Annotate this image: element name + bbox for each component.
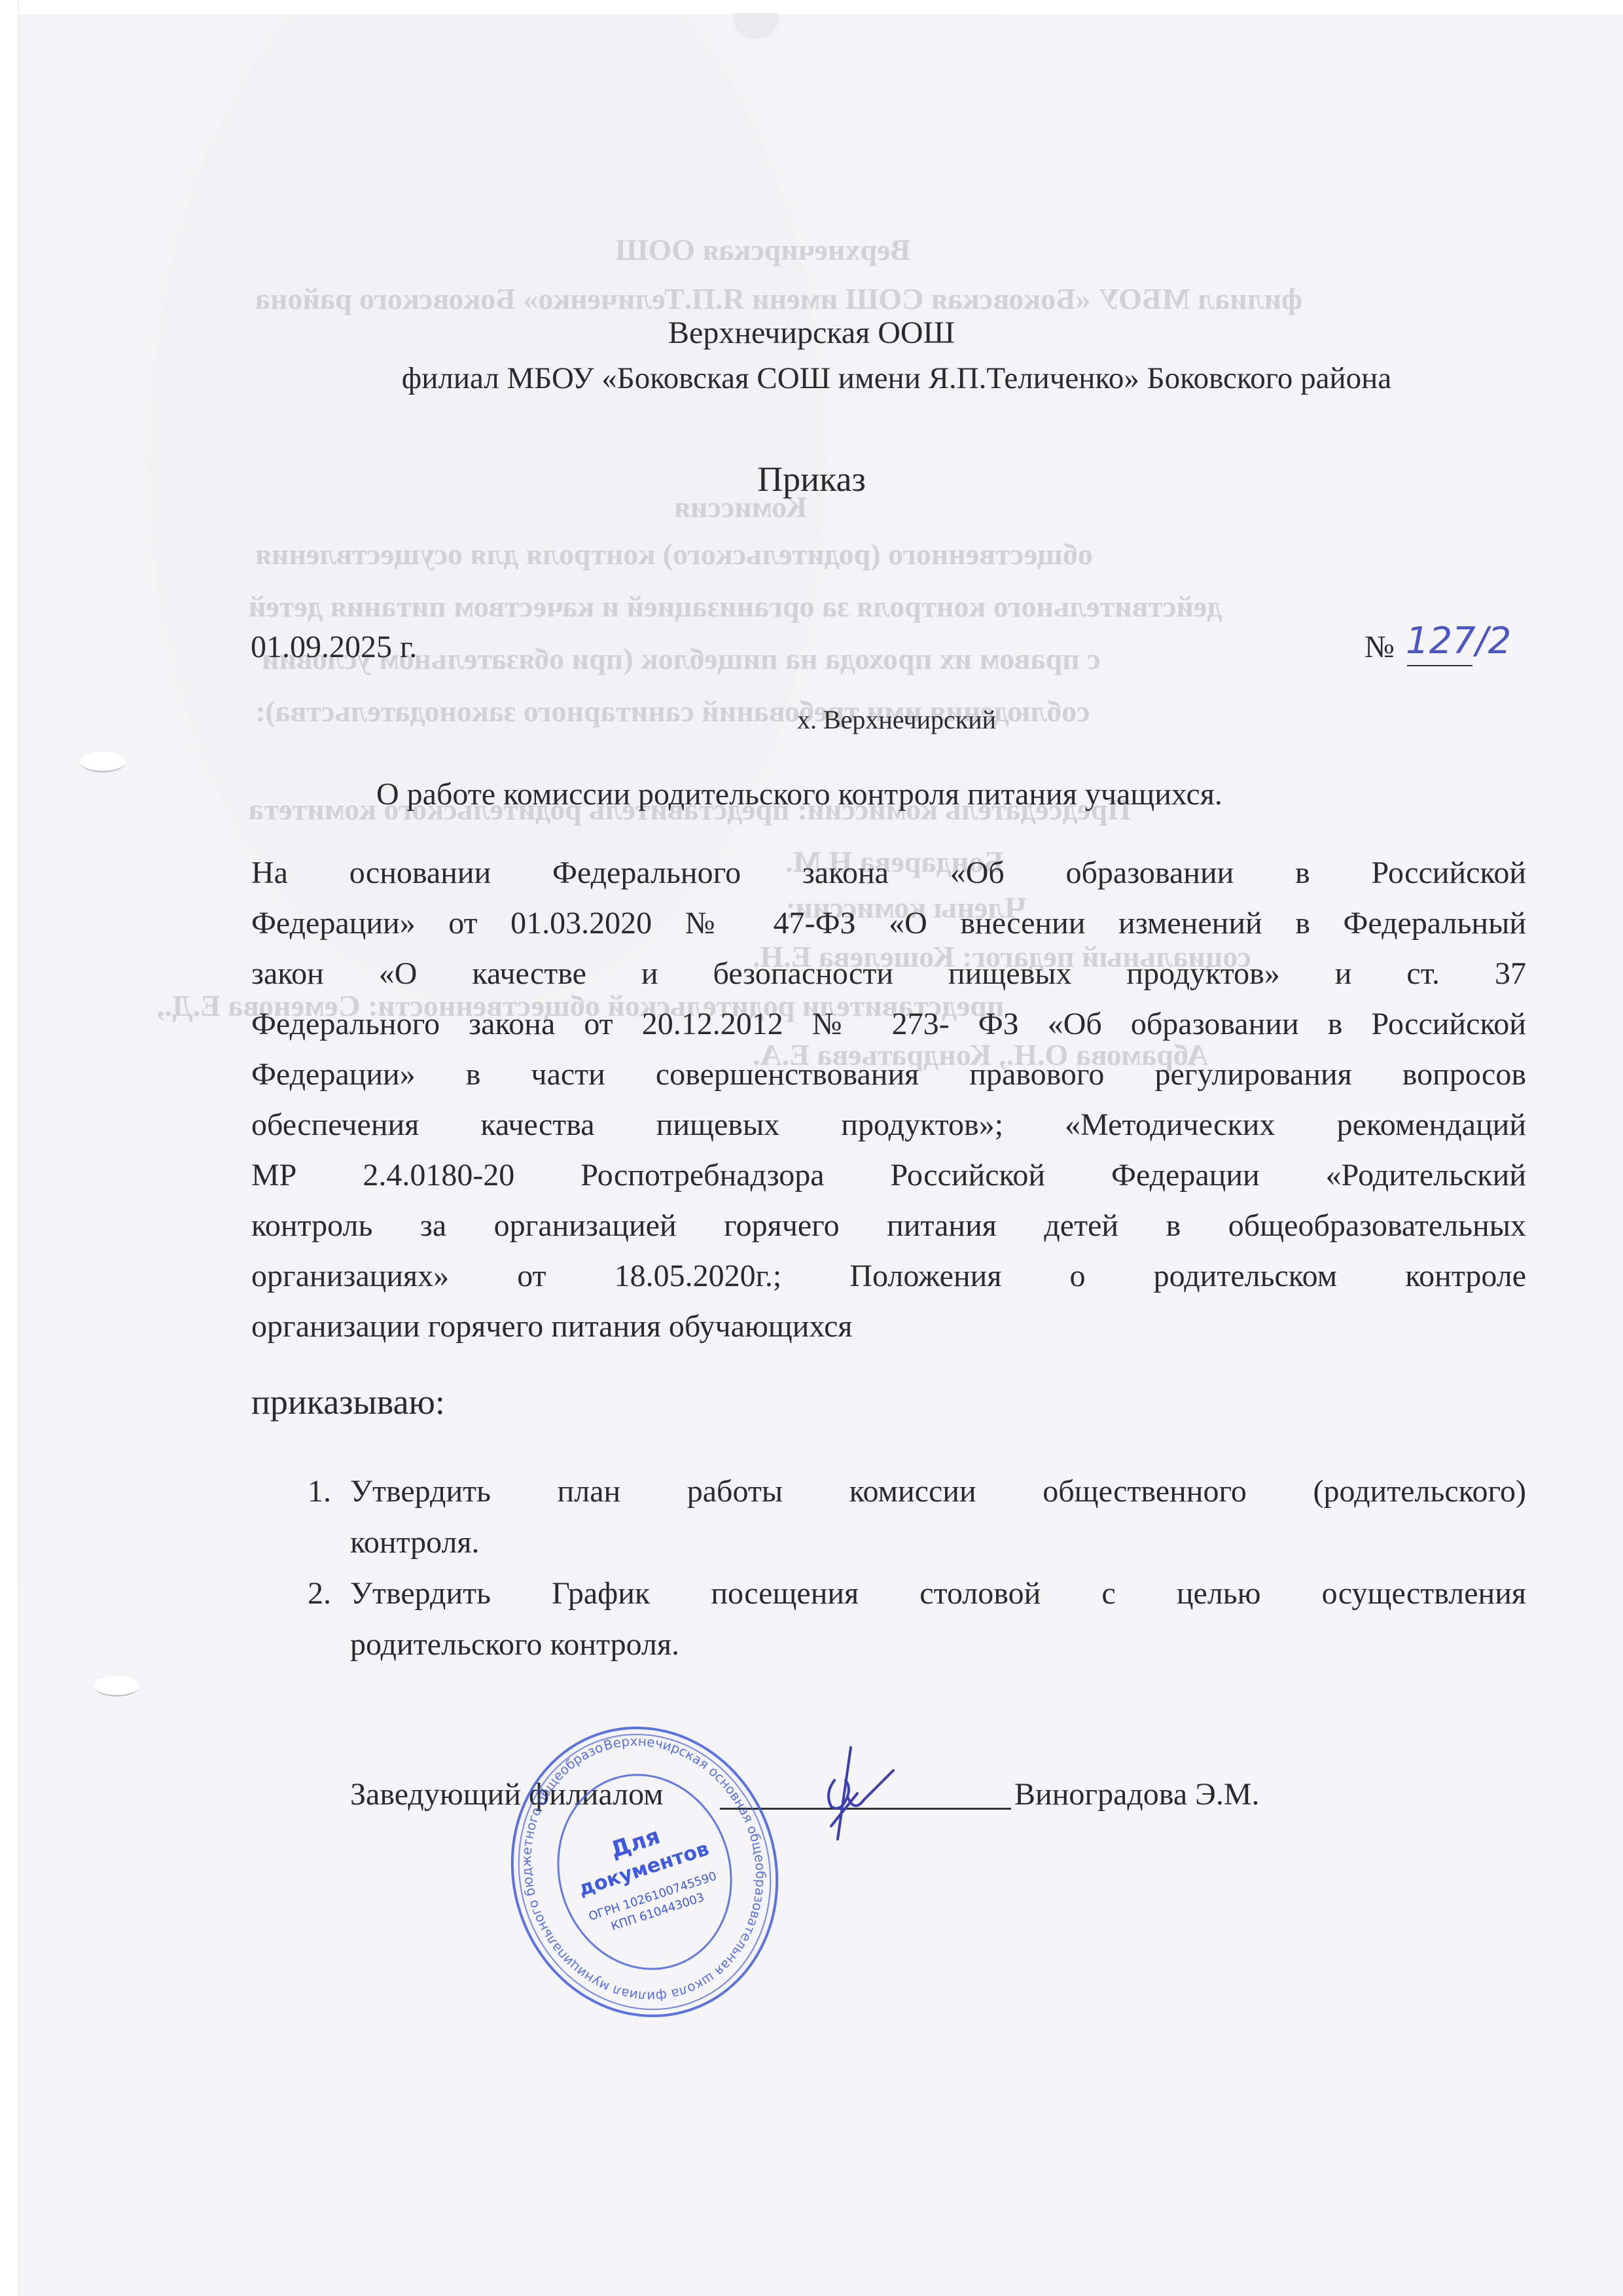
basis-line-last: организации горячего питания обучающихся bbox=[251, 1311, 852, 1342]
bleed-through-text: действительного контроля за организацией… bbox=[249, 589, 1222, 624]
basis-line: контроль за организацией горячего питани… bbox=[251, 1210, 1526, 1242]
decree-item-number: 1. bbox=[308, 1476, 331, 1507]
decree-item-text: Утвердить График посещения столовой с це… bbox=[350, 1578, 1526, 1609]
bleed-through-text: Верхнечирская ООШ bbox=[615, 232, 910, 267]
order-subject: О работе комиссии родительского контроля… bbox=[376, 779, 1222, 810]
document-title: Приказ bbox=[0, 461, 1623, 497]
signatory-name: Виноградова Э.М. bbox=[1014, 1779, 1260, 1810]
basis-line: Федерации» в части совершенствования пра… bbox=[251, 1059, 1526, 1090]
decree-item-text: Утвердить план работы комиссии обществен… bbox=[350, 1476, 1526, 1507]
signature-icon bbox=[811, 1741, 910, 1846]
order-number-label: № bbox=[1364, 632, 1395, 663]
decree-keyword: приказываю: bbox=[251, 1384, 445, 1420]
basis-line: Федерального закона от 20.12.2012 № 273-… bbox=[251, 1009, 1526, 1040]
scan-smudge bbox=[733, 13, 779, 39]
basis-line: организациях» от 18.05.2020г.; Положения… bbox=[251, 1261, 1526, 1292]
punch-hole bbox=[80, 751, 126, 772]
basis-line: обеспечения качества пищевых продуктов»;… bbox=[251, 1109, 1526, 1141]
branch-line: филиал МБОУ «Боковская СОШ имени Я.П.Тел… bbox=[249, 363, 1544, 394]
order-date: 01.09.2025 г. bbox=[251, 632, 417, 663]
decree-item-number: 2. bbox=[308, 1578, 331, 1609]
bleed-through-text: общественного (родительского) контроля д… bbox=[255, 537, 1093, 571]
school-name: Верхнечирская ООШ bbox=[0, 317, 1623, 349]
bleed-through-text: филиал МБОУ «Боковская СОШ имени Я.П.Тел… bbox=[255, 281, 1302, 316]
number-underline bbox=[1407, 665, 1472, 666]
decree-item-text-cont: контроля. bbox=[350, 1527, 480, 1558]
decree-item-text-cont: родительского контроля. bbox=[350, 1629, 679, 1660]
scanned-page: Верхнечирская ООШ филиал МБОУ «Боковская… bbox=[0, 0, 1623, 2296]
order-place: х. Верхнечирский bbox=[249, 707, 1544, 733]
basis-line: Федерации» от 01.03.2020 № 47-ФЗ «О внес… bbox=[251, 908, 1526, 939]
basis-line: На основании Федерального закона «Об обр… bbox=[251, 857, 1526, 889]
punch-hole bbox=[94, 1676, 139, 1696]
basis-line: закон «О качестве и безопасности пищевых… bbox=[251, 958, 1526, 990]
order-number-handwritten: 127/2 bbox=[1406, 623, 1511, 660]
basis-line: МР 2.4.0180-20 Роспотребнадзора Российск… bbox=[251, 1160, 1526, 1191]
official-stamp-icon: Верхнечирская основная общеобразовательн… bbox=[507, 1718, 782, 2026]
scan-top-margin bbox=[0, 0, 1623, 14]
